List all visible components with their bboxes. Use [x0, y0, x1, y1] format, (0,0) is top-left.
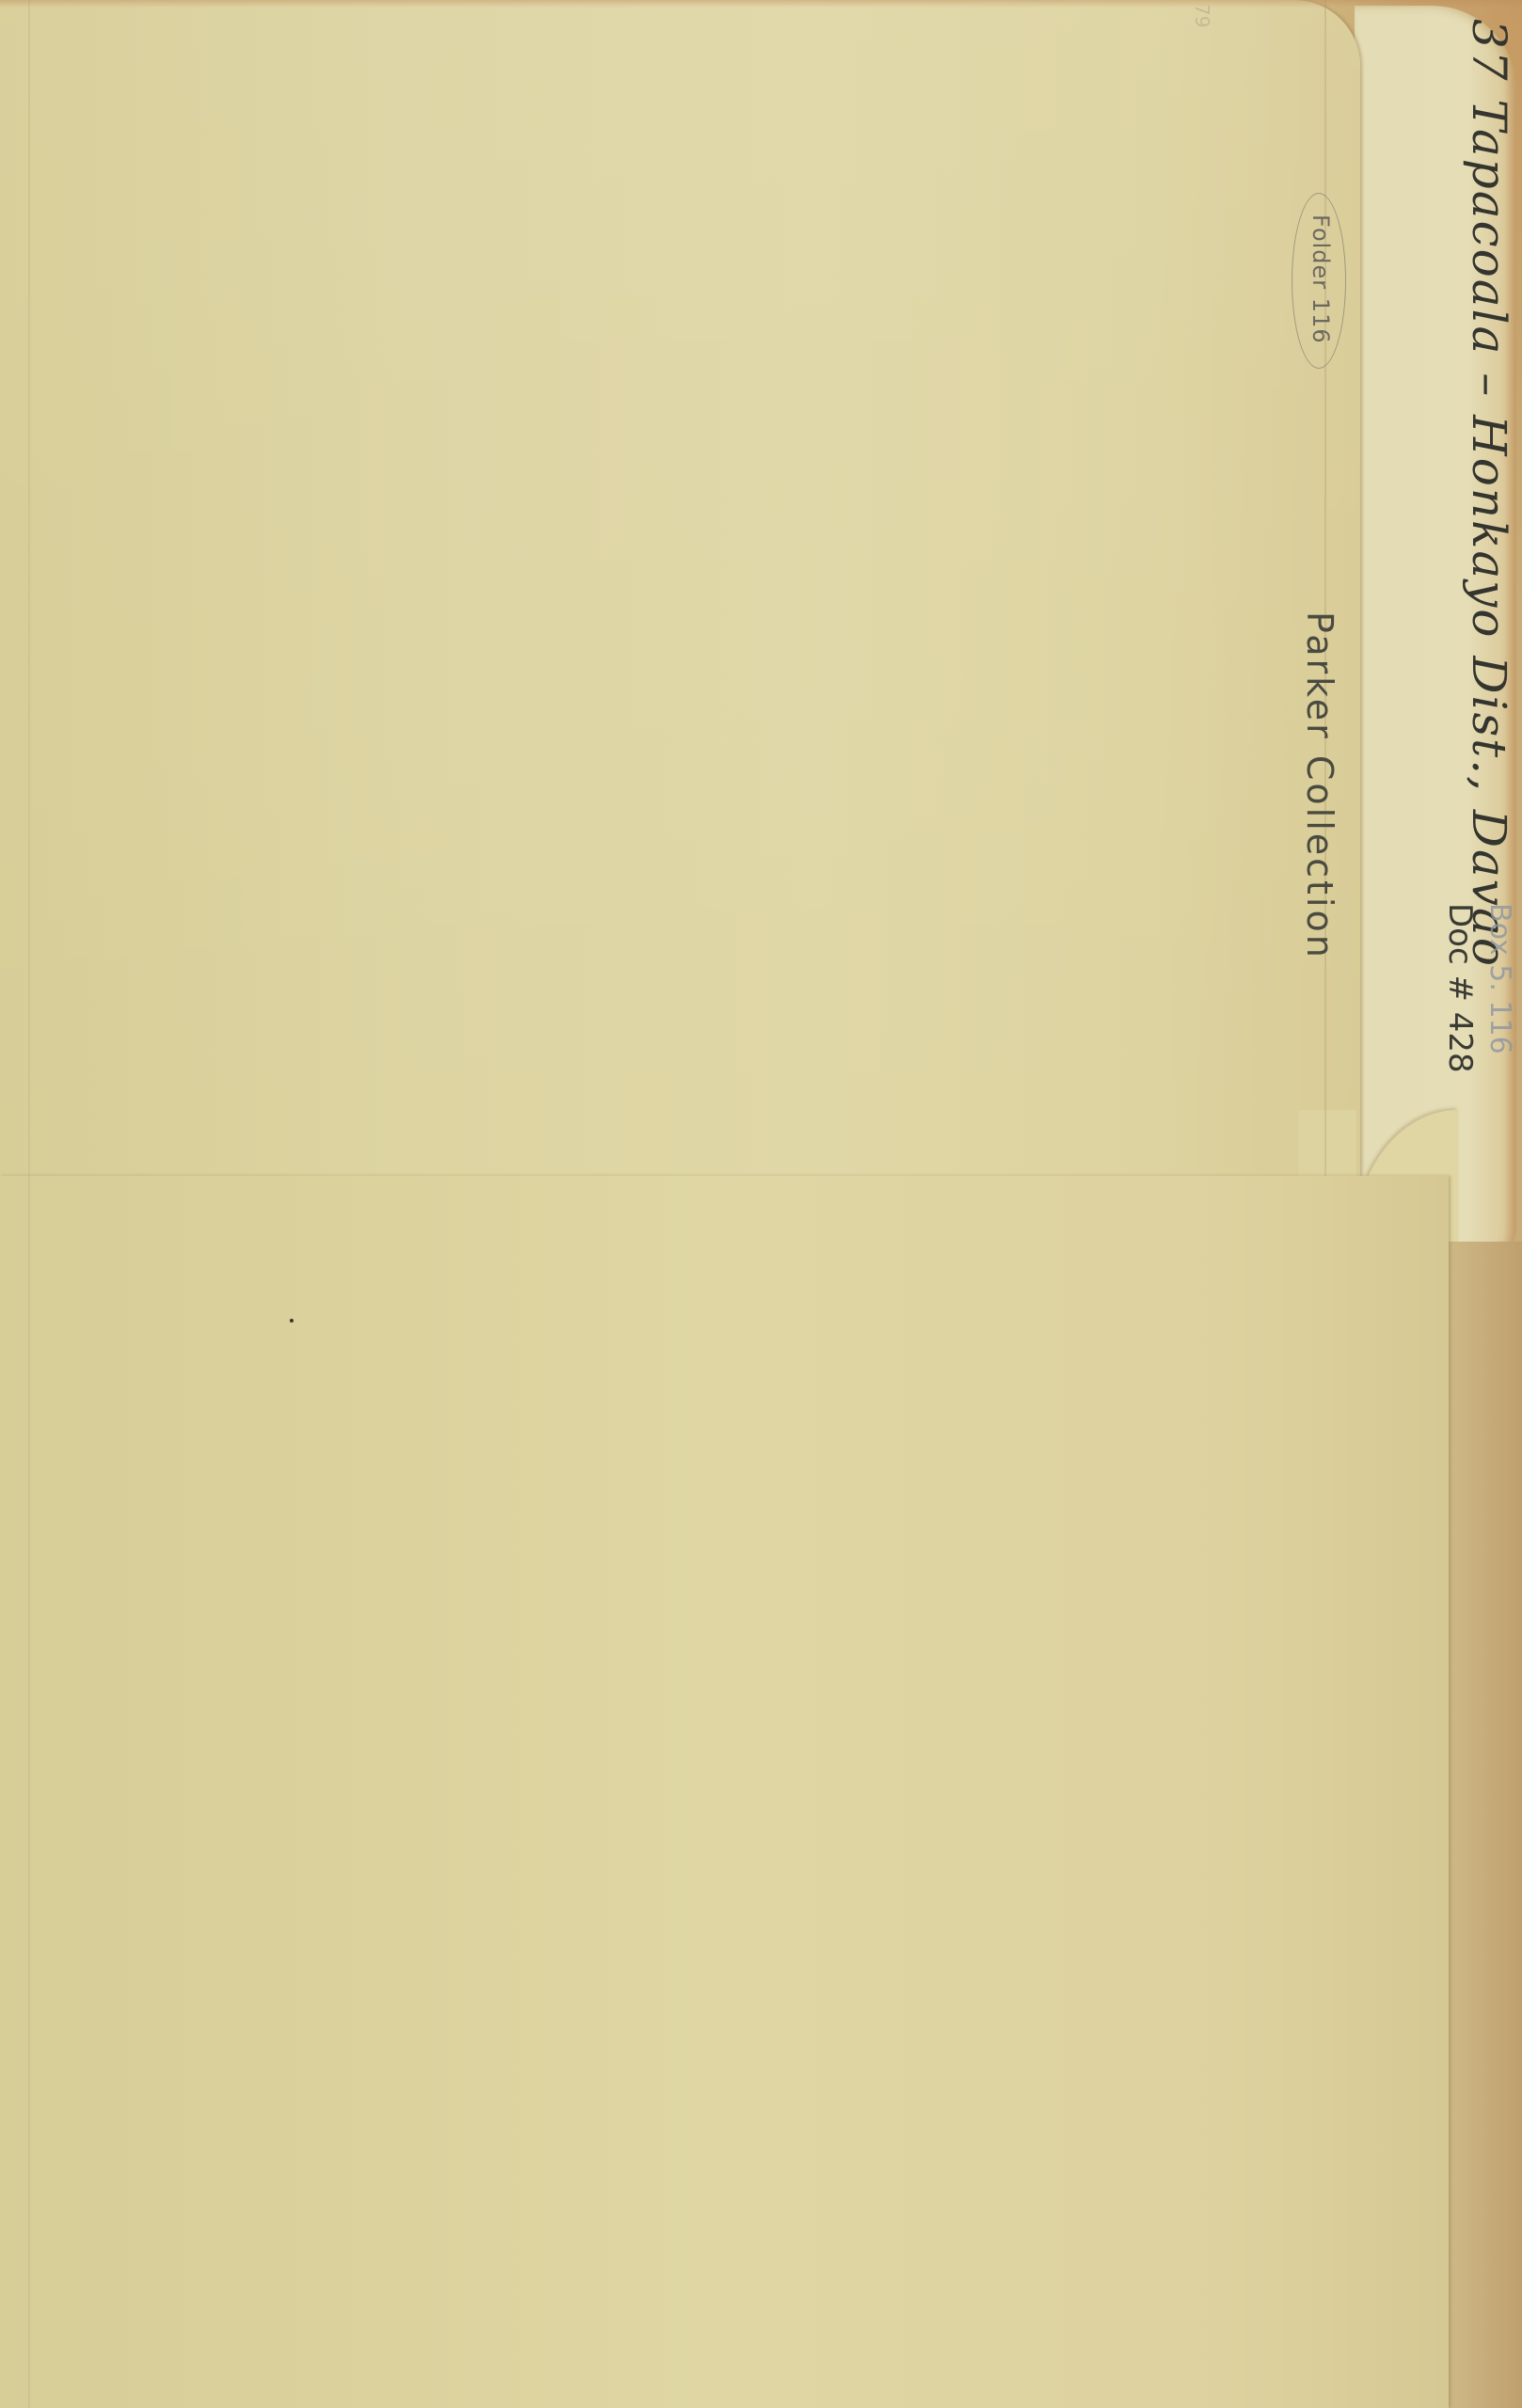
tab-crease	[1324, 0, 1326, 1176]
folder-front-flap-lower	[0, 1176, 1449, 2408]
paper-speck	[290, 1319, 293, 1323]
top-edge-stain	[0, 0, 1522, 8]
binding-crease	[28, 0, 30, 2408]
tab-notch-fill	[1298, 1110, 1356, 1185]
folder-stamp-text: Folder 116	[1308, 214, 1334, 344]
folder-right-edge	[1449, 1242, 1522, 2408]
tab-title: 37 Tapacoala – Honkayo Dist., Davao	[1462, 19, 1516, 968]
collection-label: Parker Collection	[1299, 611, 1340, 960]
corner-pencil-mark: 79	[1191, 4, 1213, 27]
tab-doc-number: Doc # 428	[1441, 903, 1479, 1073]
tab-box-note: Box 5. 116	[1483, 903, 1516, 1054]
folder-scan: 79 37 Tapacoala – Honkayo Dist., Davao B…	[0, 0, 1522, 2408]
